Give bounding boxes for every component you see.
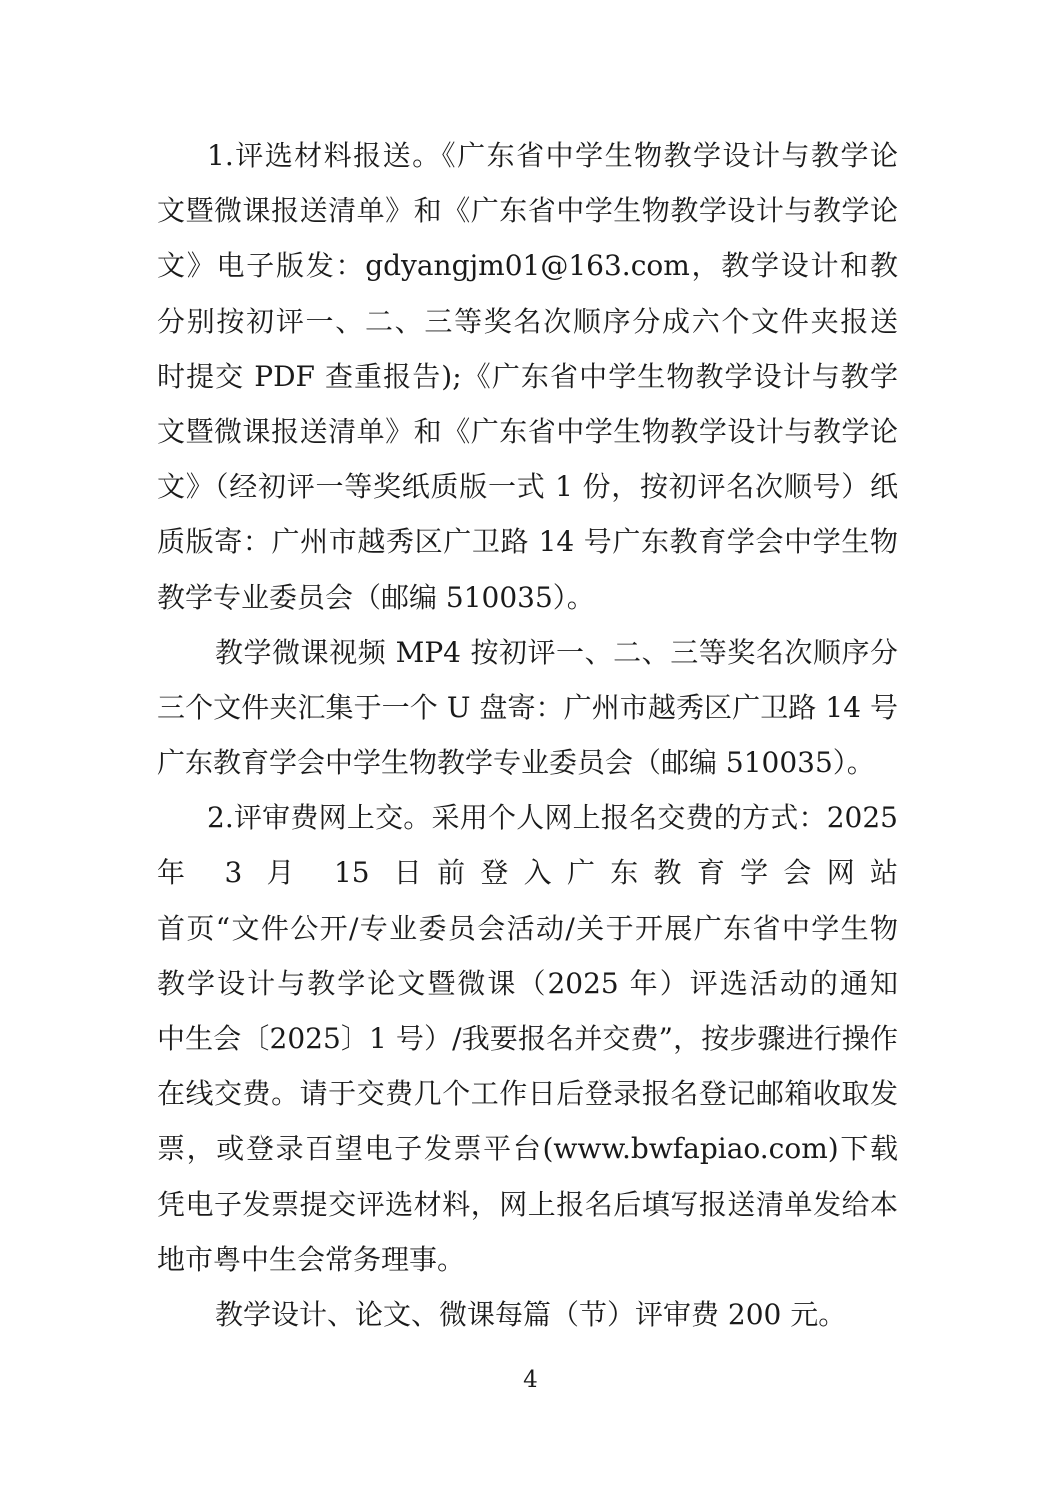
text-line: 中生会〔2025〕1 号）/我要报名并交费”，按步骤进行操作 xyxy=(157,1011,898,1066)
text-line: 2.评审费网上交。采用个人网上报名交费的方式：2025 xyxy=(157,790,898,845)
text-line: 文暨微课报送清单》和《广东省中学生物教学设计与教学论 xyxy=(157,404,898,459)
text-line: 教学微课视频 MP4 按初评一、二、三等奖名次顺序分成 xyxy=(157,625,898,680)
text-line: 首页“文件公开/专业委员会活动/关于开展广东省中学生物 xyxy=(157,901,898,956)
text-line: 票，或登录百望电子发票平台(www.bwfapiao.com)下载发票 xyxy=(157,1121,898,1176)
paragraph-video-submission: 教学微课视频 MP4 按初评一、二、三等奖名次顺序分成 三个文件夹汇集于一个 U… xyxy=(157,625,898,791)
text-line: 教学专业委员会（邮编 510035）。 xyxy=(157,570,898,625)
document-body: 1.评选材料报送。《广东省中学生物教学设计与教学论 文暨微课报送清单》和《广东省… xyxy=(157,128,898,1342)
text-line: 年 3 月 15 日前登入广东教育学会网站(www.gdjyxh.org.cn） xyxy=(157,845,898,900)
text-line: 分别按初评一、二、三等奖名次顺序分成六个文件夹报送（同 xyxy=(157,294,898,349)
text-line: 地市粤中生会常务理事。 xyxy=(157,1232,898,1287)
text-line: 广东教育学会中学生物教学专业委员会（邮编 510035）。 xyxy=(157,735,898,790)
paragraph-review-fee-online: 2.评审费网上交。采用个人网上报名交费的方式：2025 年 3 月 15 日前登… xyxy=(157,790,898,1287)
text-line: 教学设计与教学论文暨微课（2025 年）评选活动的通知（粤 xyxy=(157,956,898,1011)
text-line: 文》（经初评一等奖纸质版一式 1 份，按初评名次顺号）纸 xyxy=(157,459,898,514)
text-line: 1.评选材料报送。《广东省中学生物教学设计与教学论 xyxy=(157,128,898,183)
text-line: 文暨微课报送清单》和《广东省中学生物教学设计与教学论 xyxy=(157,183,898,238)
page-number: 4 xyxy=(0,1366,1061,1394)
paragraph-materials-submission: 1.评选材料报送。《广东省中学生物教学设计与教学论 文暨微课报送清单》和《广东省… xyxy=(157,128,898,625)
document-page: 1.评选材料报送。《广东省中学生物教学设计与教学论 文暨微课报送清单》和《广东省… xyxy=(0,0,1061,1500)
text-line: 在线交费。请于交费几个工作日后登录报名登记邮箱收取发 xyxy=(157,1066,898,1121)
text-line: 质版寄：广州市越秀区广卫路 14 号广东教育学会中学生物 xyxy=(157,514,898,569)
text-line: 三个文件夹汇集于一个 U 盘寄：广州市越秀区广卫路 14 号 xyxy=(157,680,898,735)
text-line: 文》电子版发：gdyangjm01@163.com，教学设计和教学论文 xyxy=(157,238,898,293)
paragraph-fee-amount: 教学设计、论文、微课每篇（节）评审费 200 元。 xyxy=(157,1287,898,1342)
text-line: 凭电子发票提交评选材料，网上报名后填写报送清单发给本 xyxy=(157,1177,898,1232)
text-line: 教学设计、论文、微课每篇（节）评审费 200 元。 xyxy=(157,1287,898,1342)
text-line: 时提交 PDF 查重报告);《广东省中学生物教学设计与教学论 xyxy=(157,349,898,404)
